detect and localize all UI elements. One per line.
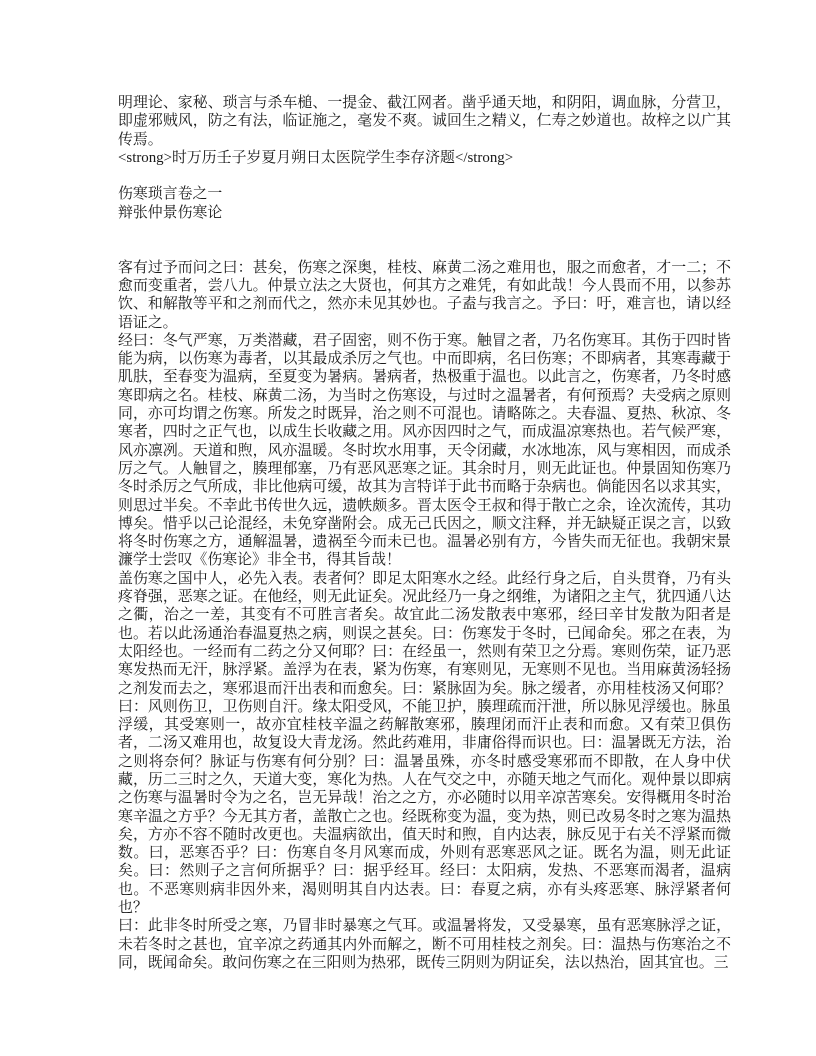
chapter-title: 辩张仲景伤寒论 xyxy=(118,204,731,222)
body-paragraph-classic-citation: 经曰：冬气严寒，万类潜藏，君子固密，则不伤于寒。触冒之者，乃名伤寒耳。其伤于四时… xyxy=(118,332,731,570)
volume-title: 伤寒琐言卷之一 xyxy=(118,185,731,203)
body-text: 客有过予而问之曰：甚矣，伤寒之深奥，桂枝、麻黄二汤之难用也，服之而愈者，才一二；… xyxy=(118,259,731,973)
body-paragraph-taiyang-discussion: 盖伤寒之国中人，必先入表。表者何？即足太阳寒水之经。此经行身之后，自头贯脊，乃有… xyxy=(118,570,731,918)
preface-closing-paragraph: 明理论、家秘、琐言与杀车槌、一提金、截江网者。凿乎通天地，和阴阳，调血脉，分营卫… xyxy=(118,94,731,149)
body-paragraph-final-answer: 曰：此非冬时所受之寒，乃冒非时暴寒之气耳。或温暑将发，又受暴寒，虽有恶寒脉浮之证… xyxy=(118,917,731,972)
document-page: 明理论、家秘、琐言与杀车槌、一提金、截江网者。凿乎通天地，和阴阳，调血脉，分营卫… xyxy=(0,0,816,1056)
preface-signature-line: <strong>时万历壬子岁夏月朔日太医院学生李存济题</strong> xyxy=(118,149,731,167)
body-paragraph-dialogue-question: 客有过予而问之曰：甚矣，伤寒之深奥，桂枝、麻黄二汤之难用也，服之而愈者，才一二；… xyxy=(118,259,731,332)
